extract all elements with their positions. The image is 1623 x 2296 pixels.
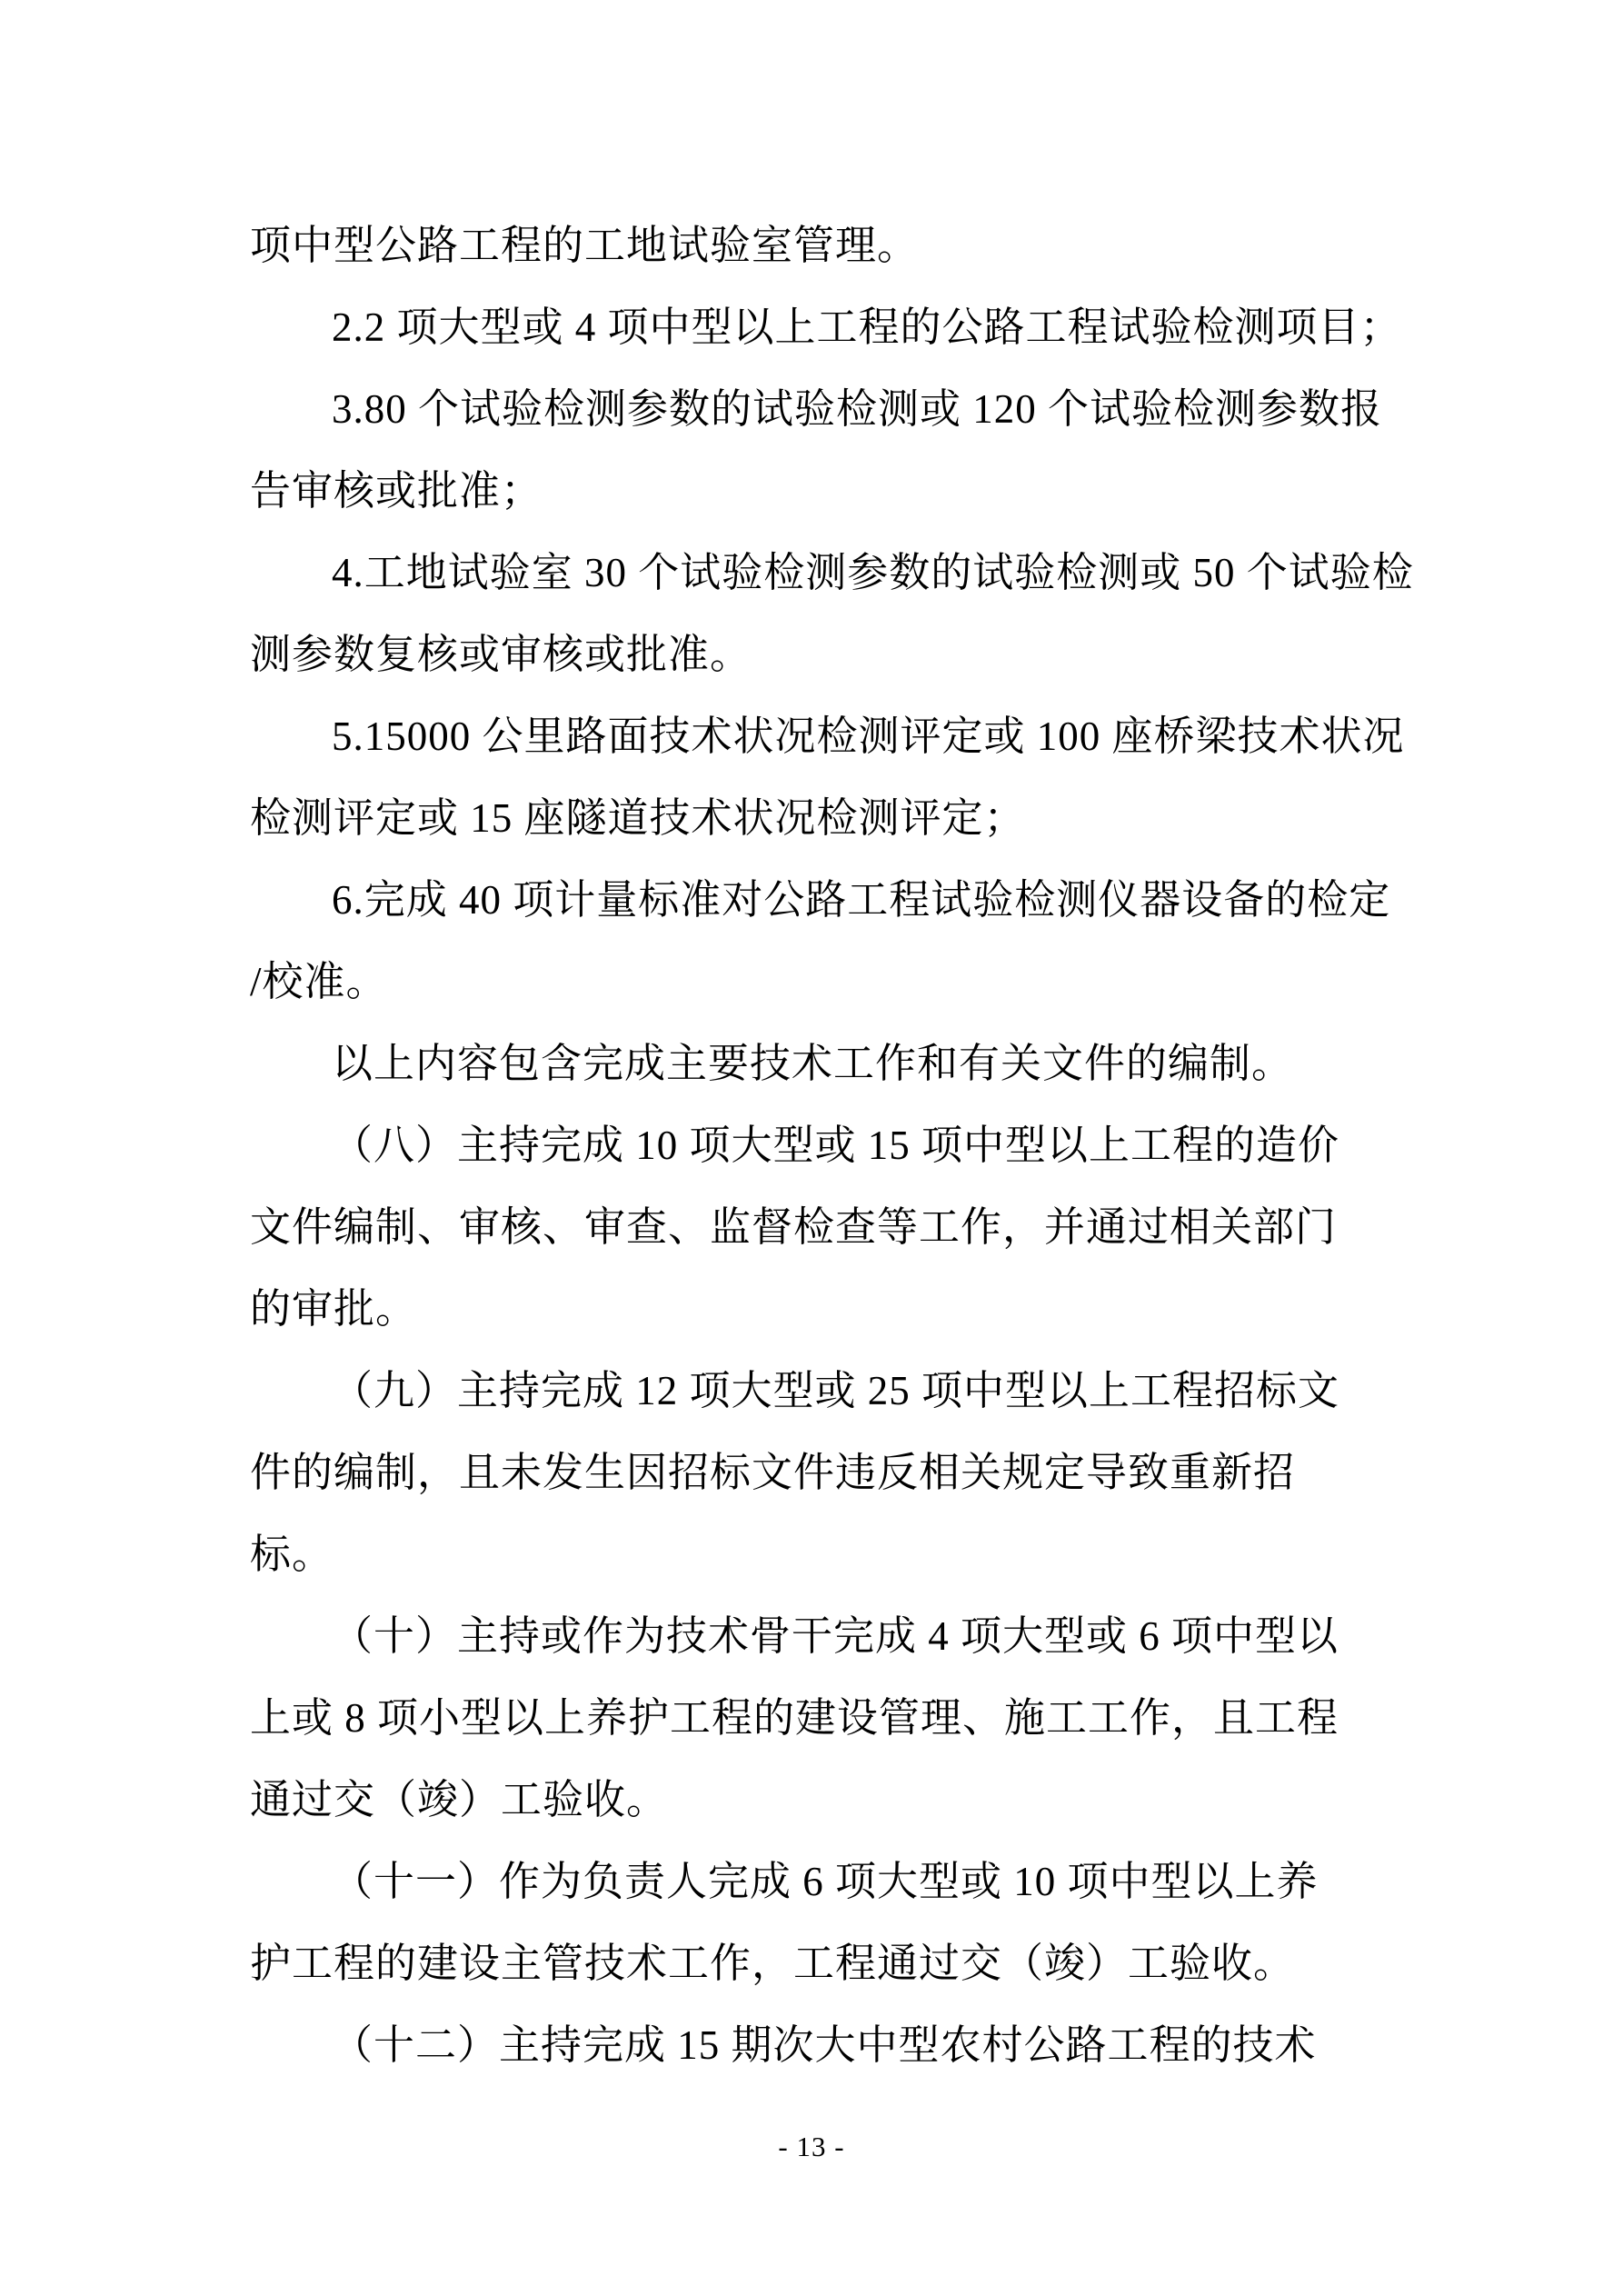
text-line: /校准。: [250, 941, 1386, 1023]
page-number: - 13 -: [0, 2131, 1623, 2163]
text-line: 护工程的建设主管技术工作，工程通过交（竣）工验收。: [250, 1922, 1386, 2004]
text-line: 项中型公路工程的工地试验室管理。: [250, 205, 1386, 286]
text-line: 测参数复核或审核或批准。: [250, 614, 1386, 695]
text-line: 3.80 个试验检测参数的试验检测或 120 个试验检测参数报: [250, 368, 1386, 450]
text-line: 的审批。: [250, 1268, 1386, 1350]
text-line: （十二）主持完成 15 期次大中型农村公路工程的技术: [250, 2004, 1386, 2086]
text-line: （十）主持或作为技术骨干完成 4 项大型或 6 项中型以: [250, 1595, 1386, 1677]
text-line: 4.工地试验室 30 个试验检测参数的试验检测或 50 个试验检: [250, 532, 1386, 614]
text-line: 6.完成 40 项计量标准对公路工程试验检测仪器设备的检定: [250, 859, 1386, 941]
document-page: 项中型公路工程的工地试验室管理。2.2 项大型或 4 项中型以上工程的公路工程试…: [0, 0, 1623, 2296]
text-line: 检测评定或 15 座隧道技术状况检测评定；: [250, 777, 1386, 859]
text-line: 2.2 项大型或 4 项中型以上工程的公路工程试验检测项目；: [250, 286, 1386, 368]
text-line: 件的编制，且未发生因招标文件违反相关规定导致重新招: [250, 1432, 1386, 1513]
text-line: （九）主持完成 12 项大型或 25 项中型以上工程招标文: [250, 1350, 1386, 1432]
text-line: 上或 8 项小型以上养护工程的建设管理、施工工作，且工程: [250, 1677, 1386, 1759]
text-line: 告审核或批准；: [250, 450, 1386, 532]
text-line: （八）主持完成 10 项大型或 15 项中型以上工程的造价: [250, 1104, 1386, 1186]
text-line: 通过交（竣）工验收。: [250, 1759, 1386, 1841]
text-line: 以上内容包含完成主要技术工作和有关文件的编制。: [250, 1023, 1386, 1104]
text-line: （十一）作为负责人完成 6 项大型或 10 项中型以上养: [250, 1841, 1386, 1922]
text-line: 文件编制、审核、审查、监督检查等工作，并通过相关部门: [250, 1186, 1386, 1268]
body-text: 项中型公路工程的工地试验室管理。2.2 项大型或 4 项中型以上工程的公路工程试…: [250, 205, 1386, 2086]
text-line: 标。: [250, 1513, 1386, 1595]
text-line: 5.15000 公里路面技术状况检测评定或 100 座桥梁技术状况: [250, 695, 1386, 777]
